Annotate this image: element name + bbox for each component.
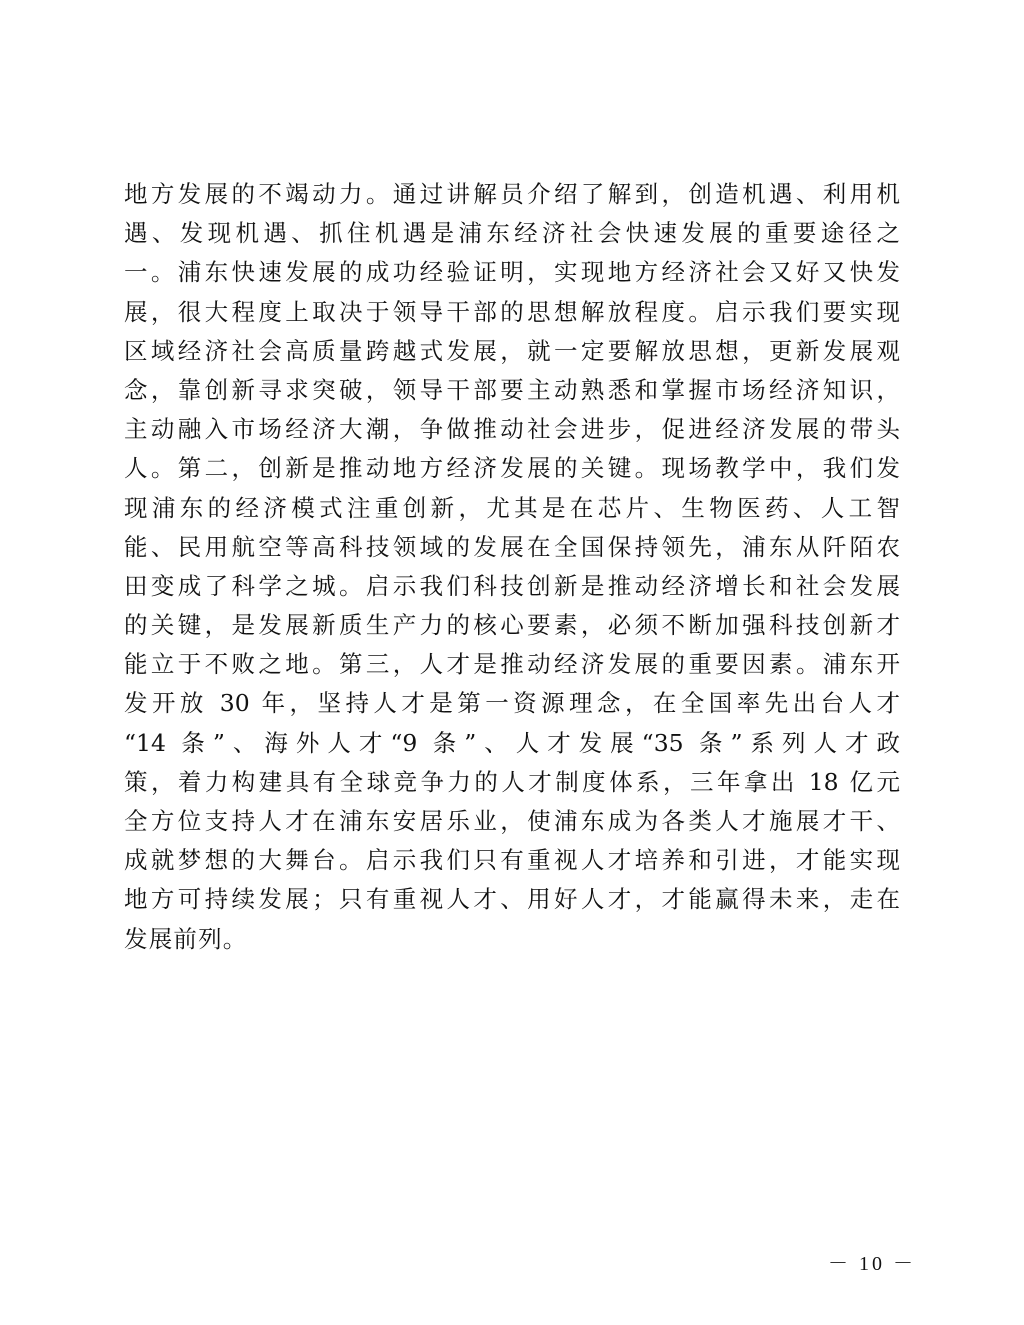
text-line: 全方位支持人才在浦东安居乐业，使浦东成为各类人才施展才干、 — [124, 802, 900, 841]
text-line: 地方可持续发展；只有重视人才、用好人才，才能赢得未来，走在 — [124, 880, 900, 919]
text-line: 能立于不败之地。第三，人才是推动经济发展的重要因素。浦东开 — [124, 645, 900, 684]
text-line: 区域经济社会高质量跨越式发展，就一定要解放思想，更新发展观 — [124, 332, 900, 371]
text-line: 主动融入市场经济大潮，争做推动社会进步，促进经济发展的带头 — [124, 410, 900, 449]
text-line: 发展前列。 — [124, 920, 900, 959]
text-line: 一。浦东快速发展的成功经验证明，实现地方经济社会又好又快发 — [124, 253, 900, 292]
text-line: 成就梦想的大舞台。启示我们只有重视人才培养和引进，才能实现 — [124, 841, 900, 880]
text-line: 田变成了科学之城。启示我们科技创新是推动经济增长和社会发展 — [124, 567, 900, 606]
text-line: 展，很大程度上取决于领导干部的思想解放程度。启示我们要实现 — [124, 293, 900, 332]
page-number: － 10 － — [828, 1250, 908, 1278]
text-line: 策，着力构建具有全球竞争力的人才制度体系，三年拿出 18 亿元 — [124, 763, 900, 802]
text-line: 遇、发现机遇、抓住机遇是浦东经济社会快速发展的重要途径之 — [124, 214, 900, 253]
text-line: 人。第二，创新是推动地方经济发展的关键。现场教学中，我们发 — [124, 449, 900, 488]
document-page: 地方发展的不竭动力。通过讲解员介绍了解到，创造机遇、利用机 遇、发现机遇、抓住机… — [0, 0, 1024, 1325]
text-line: 的关键，是发展新质生产力的核心要素，必须不断加强科技创新才 — [124, 606, 900, 645]
text-line: 现浦东的经济模式注重创新，尤其是在芯片、生物医药、人工智 — [124, 489, 900, 528]
text-line: 能、民用航空等高科技领域的发展在全国保持领先，浦东从阡陌农 — [124, 528, 900, 567]
text-line: “14 条”、海外人才“9 条”、人才发展“35 条”系列人才政 — [124, 724, 900, 763]
text-line: 念，靠创新寻求突破，领导干部要主动熟悉和掌握市场经济知识， — [124, 371, 900, 410]
text-line: 发开放 30 年，坚持人才是第一资源理念，在全国率先出台人才 — [124, 684, 900, 723]
body-paragraph: 地方发展的不竭动力。通过讲解员介绍了解到，创造机遇、利用机 遇、发现机遇、抓住机… — [124, 175, 900, 959]
text-line: 地方发展的不竭动力。通过讲解员介绍了解到，创造机遇、利用机 — [124, 175, 900, 214]
